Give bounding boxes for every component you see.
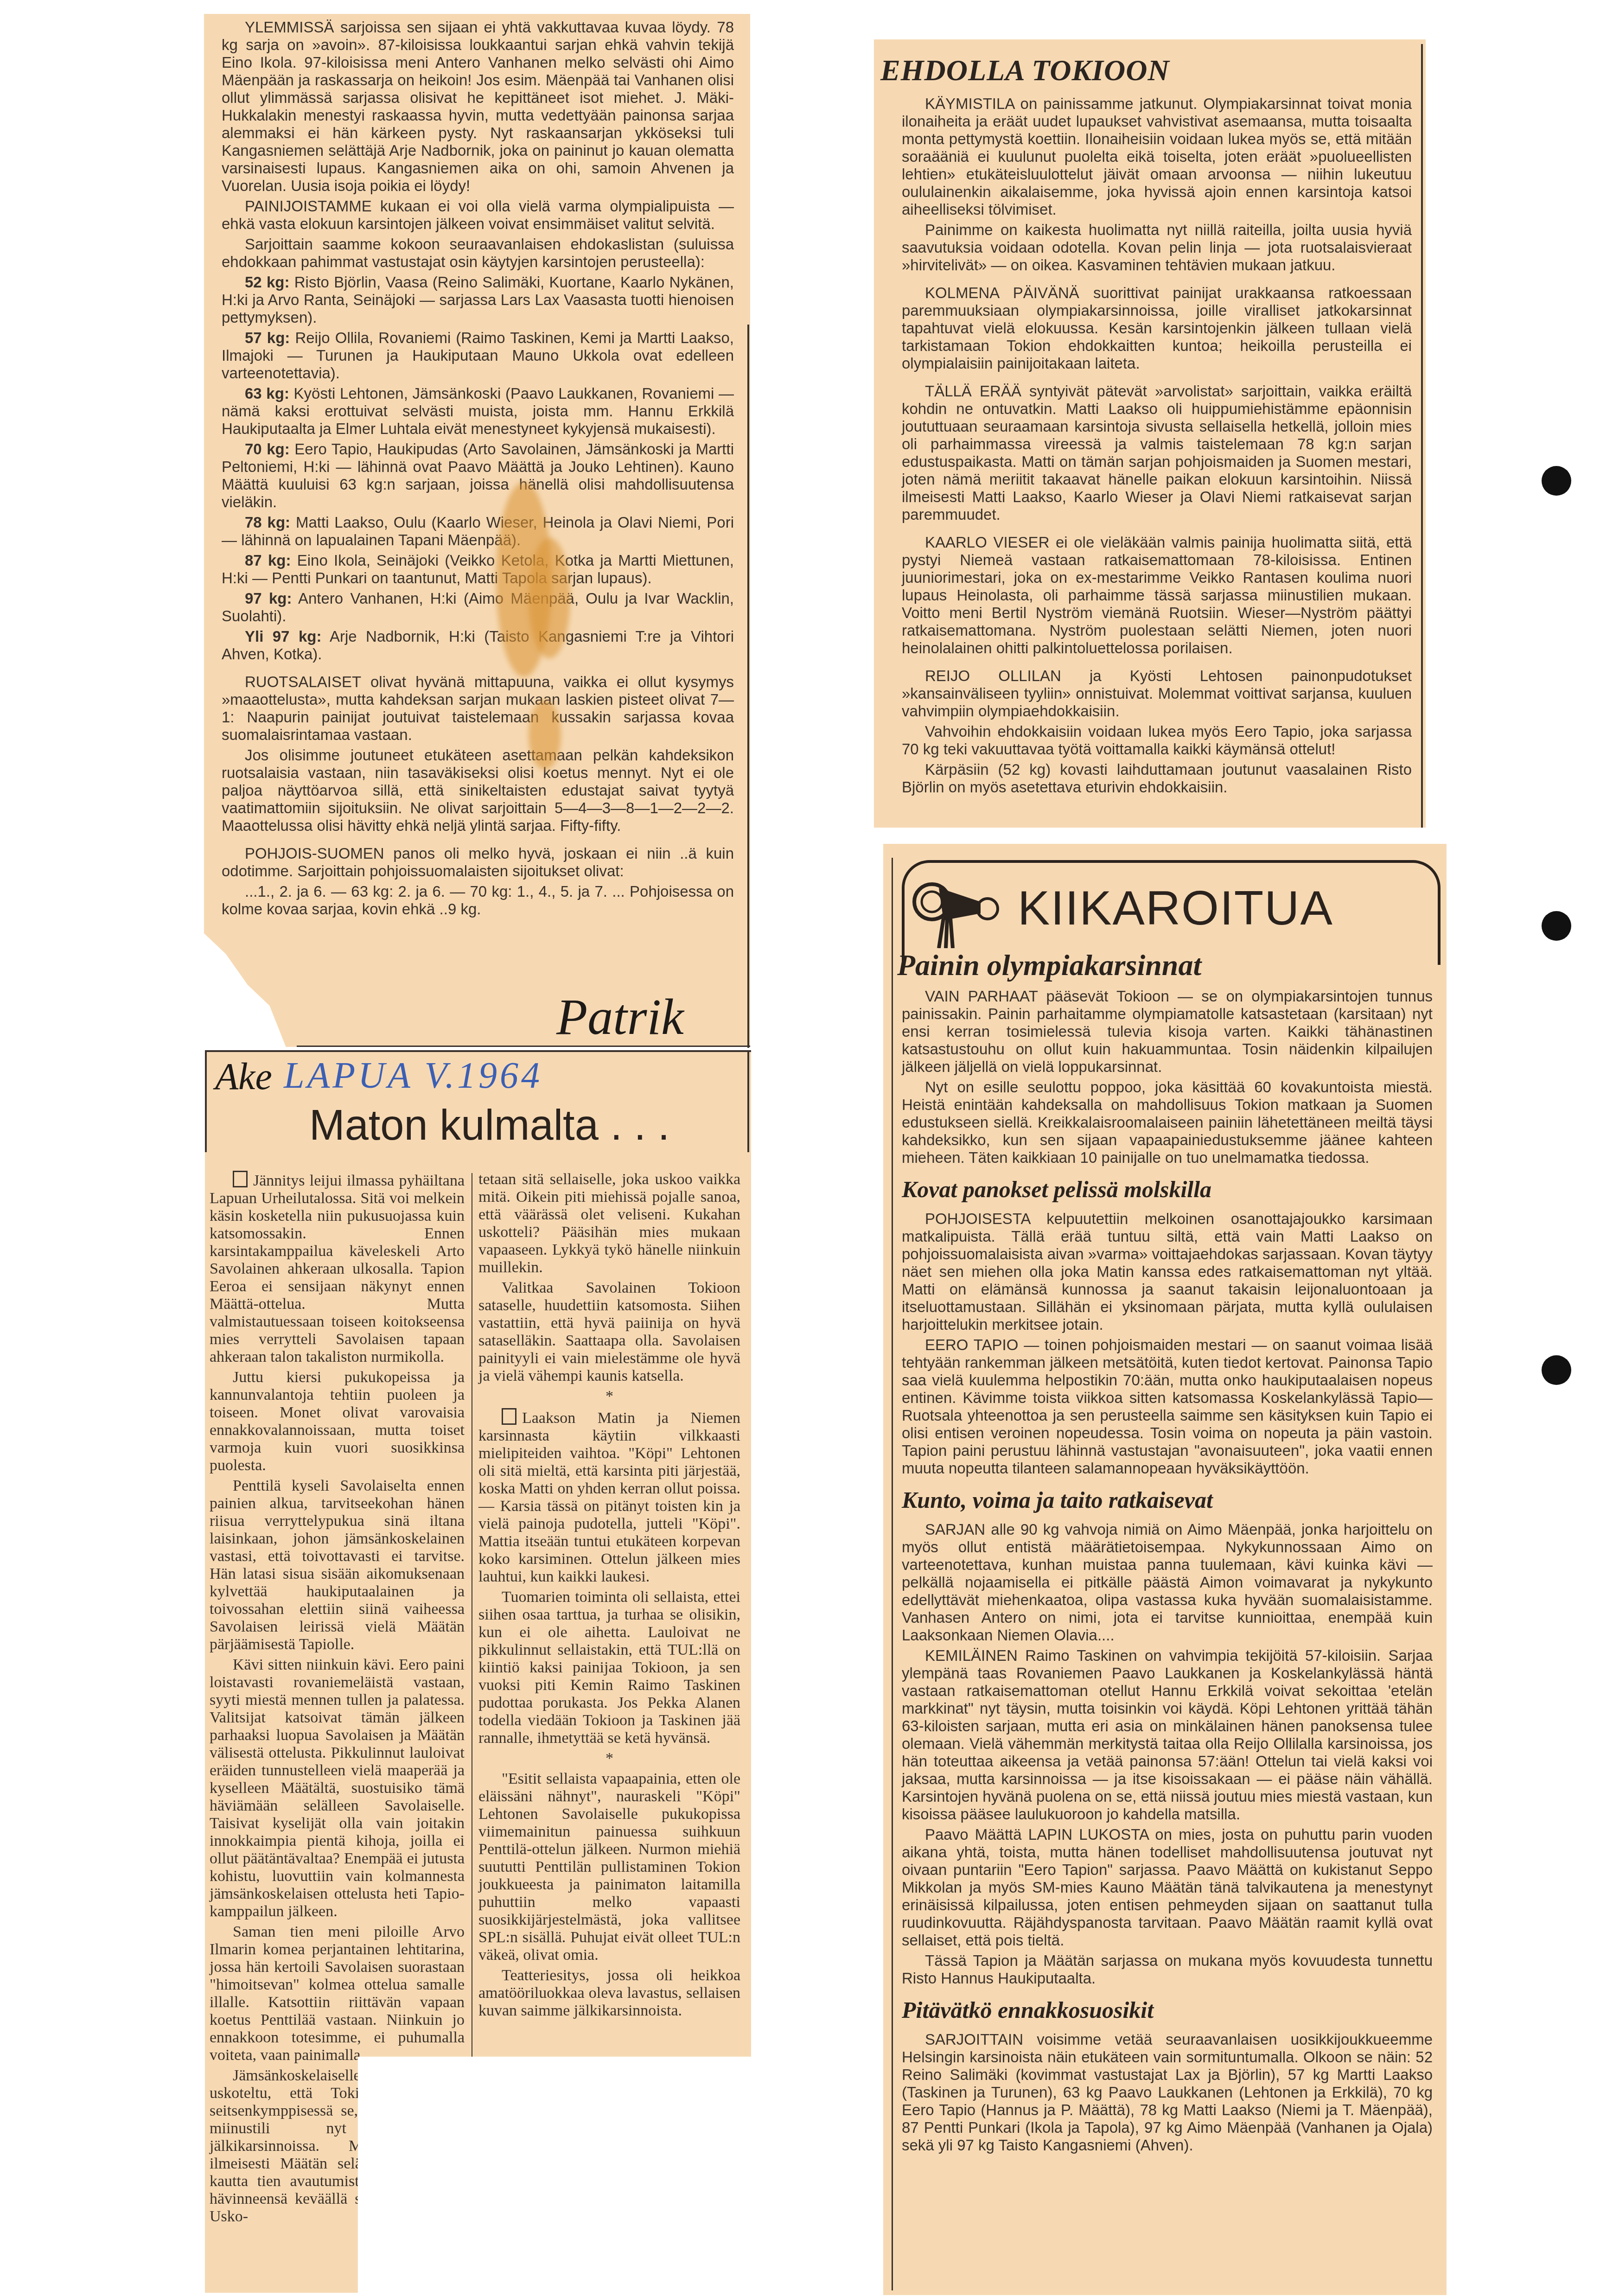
article-paragraph: Paavo Määttä LAPIN LUKOSTA on mies, jost… — [902, 1826, 1433, 1949]
article-paragraph: Kävi sitten niinkuin kävi. Eero paini lo… — [210, 1656, 465, 1920]
paragraph-lead: YLEMMISSÄ — [245, 19, 334, 36]
article-paragraph: KÄYMISTILA on painissamme jatkunut. Olym… — [902, 95, 1412, 218]
article-paragraph: Jos olisimme joutuneet etukäteen asettam… — [222, 746, 734, 835]
clipping-top-left-body: YLEMMISSÄ sarjoissa sen sijaan ei yhtä v… — [222, 19, 734, 921]
weight-class-entry: 87 kg: Eino Ikola, Seinäjoki (Veikko Ket… — [222, 552, 734, 587]
paragraph-text: Matti Laakso, Oulu (Kaarlo Wieser, Heino… — [222, 514, 734, 548]
paragraph-text: Teatteriesitys, jossa oli heikkoa amatöö… — [478, 1967, 740, 2019]
paragraph-text: Painimme on kaikesta huolimatta nyt niil… — [902, 221, 1412, 274]
binder-hole-top — [1542, 466, 1571, 496]
section-separator-star: * — [478, 1388, 740, 1405]
box-border-left — [205, 1050, 207, 1152]
weight-class-label: Yli 97 kg: — [245, 628, 321, 645]
article-paragraph: KOLMENA PÄIVÄNÄ suorittivat painijat ura… — [902, 284, 1412, 372]
article-paragraph: "Esitit sellaista vapaapainia, etten ole… — [478, 1770, 740, 1964]
article-paragraph: POHJOIS-SUOMEN panos oli melko hyvä, jos… — [222, 845, 734, 880]
article-paragraph: Valitkaa Savolainen Tokioon sataselle, h… — [478, 1279, 740, 1385]
paragraph-lead: TÄLLÄ ERÄÄ — [925, 383, 1021, 400]
paragraph-text: Jännitys leijui ilmassa pyhäiltana Lapua… — [210, 1172, 465, 1365]
article-paragraph: Teatteriesitys, jossa oli heikkoa amatöö… — [478, 1967, 740, 2020]
article-paragraph: Kärpäsiin (52 kg) kovasti laihduttamaan … — [902, 761, 1412, 796]
coffee-stain — [529, 538, 570, 658]
paragraph-text: Tuomarien toiminta oli sellaista, ettei … — [478, 1588, 740, 1747]
clipping-bottom-right-body: VAIN PARHAAT pääsevät Tokioon — se on ol… — [902, 988, 1433, 2157]
paragraph-text: Jämsänkoskelaiselle oli sellaistakin usk… — [210, 2067, 465, 2225]
paragraph-text: Reijo Ollila, Rovaniemi (Raimo Taskinen,… — [222, 329, 734, 382]
paragraph-lead: SARJAN — [925, 1521, 985, 1538]
article-paragraph: YLEMMISSÄ sarjoissa sen sijaan ei yhtä v… — [222, 19, 734, 195]
paragraph-text: Kyösti Lehtonen, Jämsänkoski (Paavo Lauk… — [222, 385, 734, 437]
section-subheading: Kunto, voima ja taito ratkaisevat — [902, 1491, 1433, 1509]
article-paragraph: Sarjoittain saamme kokoon seuraavanlaise… — [222, 236, 734, 271]
article-paragraph: Juttu kiersi pukukopeissa ja kannunvalan… — [210, 1369, 465, 1474]
paragraph-lead: KAARLO VIESER — [925, 534, 1049, 551]
paragraph-text: sarjoissa sen sijaan ei yhtä vakkuttavaa… — [222, 19, 734, 194]
section-subheading: Kovat panokset pelissä molskilla — [902, 1180, 1433, 1198]
clipping-bottom-left: Ake LAPUA V.1964 Maton kulmalta . . . Jä… — [205, 1050, 751, 2293]
clipping-top-right: EHDOLLA TOKIOON KÄYMISTILA on painissamm… — [874, 39, 1426, 828]
article-paragraph: Tuomarien toiminta oli sellaista, ettei … — [478, 1588, 740, 1747]
article-paragraph: Nyt on esille seulottu poppoo, joka käsi… — [902, 1078, 1433, 1167]
paragraph-text: Eero Tapio, Haukipudas (Arto Savolainen,… — [222, 440, 734, 510]
weight-class-entry: 97 kg: Antero Vanhanen, H:ki (Aimo Mäenp… — [222, 590, 734, 625]
square-bullet-icon — [233, 1171, 248, 1187]
paragraph-text: Vahvoihin ehdokkaisiin voidaan lukea myö… — [902, 723, 1412, 758]
weight-class-label: 70 kg: — [245, 440, 290, 458]
article-paragraph: Vahvoihin ehdokkaisiin voidaan lukea myö… — [902, 723, 1412, 758]
clipping-top-left: YLEMMISSÄ sarjoissa sen sijaan ei yhtä v… — [204, 14, 750, 1047]
clipping-border-left — [892, 858, 893, 2290]
article-paragraph: KEMILÄINEN Raimo Taskinen on vahvimpia t… — [902, 1647, 1433, 1823]
weight-class-entry: 52 kg: Risto Björlin, Vaasa (Reino Salim… — [222, 274, 734, 326]
clipping-border-right — [1421, 44, 1423, 828]
clipping-bottom-right: KIIKAROITUA Painin olympiakarsinnat VAIN… — [883, 844, 1447, 2295]
paragraph-lead: KOLMENA PÄIVÄNÄ — [925, 284, 1079, 301]
weight-class-label: 57 kg: — [245, 329, 290, 346]
binder-hole-bottom — [1542, 1355, 1571, 1385]
signature-patrik: Patrik — [556, 988, 684, 1046]
paragraph-text: ...1., 2. ja 6. — 63 kg: 2. ja 6. — 70 k… — [222, 883, 734, 918]
paragraph-text: Eino Ikola, Seinäjoki (Veikko Ketola, Ko… — [222, 552, 734, 587]
handwritten-date: LAPUA V.1964 — [284, 1055, 542, 1097]
weight-class-label: 97 kg: — [245, 590, 292, 607]
article-paragraph: REIJO OLLILAN ja Kyösti Lehtosen painonp… — [902, 667, 1412, 720]
paragraph-lead: POHJOIS-SUOMEN — [245, 845, 384, 862]
paragraph-text: Valitkaa Savolainen Tokioon sataselle, h… — [478, 1279, 740, 1384]
paragraph-lead: VAIN PARHAAT — [925, 988, 1038, 1005]
article-paragraph: SARJAN alle 90 kg vahvoja nimiä on Aimo … — [902, 1521, 1433, 1644]
paragraph-text: Antero Vanhanen, H:ki (Aimo Mäenpää, Oul… — [222, 590, 734, 625]
headline-painin-olympiakarsinnat: Painin olympiakarsinnat — [897, 948, 1201, 982]
paragraph-text: ei ole vieläkään valmis painija huolimat… — [902, 534, 1412, 657]
square-bullet-icon — [502, 1408, 516, 1425]
paragraph-text: Saman tien meni piloille Arvo Ilmarin ko… — [210, 1923, 465, 2064]
paragraph-text: on painissamme jatkunut. Olympiakarsinna… — [902, 95, 1412, 218]
weight-class-entry: 63 kg: Kyösti Lehtonen, Jämsänkoski (Paa… — [222, 385, 734, 438]
box-border-top — [205, 1050, 751, 1052]
section-separator-star: * — [478, 1750, 740, 1767]
paragraph-text: "Esitit sellaista vapaapainia, etten ole… — [478, 1770, 740, 1964]
article-paragraph: KAARLO VIESER ei ole vieläkään valmis pa… — [902, 534, 1412, 657]
paragraph-text: syntyivät pätevät »arvolistat» sarjoitta… — [902, 383, 1412, 523]
article-paragraph: Painimme on kaikesta huolimatta nyt niil… — [902, 221, 1412, 274]
clipping-border-right — [747, 325, 749, 1048]
handwritten-author: Ake — [215, 1055, 272, 1098]
weight-class-label: 78 kg: — [245, 514, 290, 531]
box-border-right — [747, 1050, 749, 1152]
paragraph-text: Tässä Tapion ja Määtän sarjassa on mukan… — [902, 1952, 1433, 1987]
paragraph-text: on mies, josta on puhuttu parin vuoden a… — [902, 1826, 1433, 1949]
weight-class-entry: Yli 97 kg: Arje Nadbornik, H:ki (Taisto … — [222, 628, 734, 663]
article-paragraph: PAINIJOISTAMME kukaan ei voi olla vielä … — [222, 198, 734, 233]
binoculars-man-icon — [911, 869, 1013, 948]
article-paragraph: VAIN PARHAAT pääsevät Tokioon — se on ol… — [902, 988, 1433, 1076]
weight-class-entry: 70 kg: Eero Tapio, Haukipudas (Arto Savo… — [222, 440, 734, 511]
paragraph-text: kelpuutettiin melkoinen osanottajajoukko… — [902, 1210, 1433, 1333]
headline-ehdolla-tokioon: EHDOLLA TOKIOON — [880, 53, 1170, 88]
article-paragraph: POHJOISESTA kelpuutettiin melkoinen osan… — [902, 1210, 1433, 1333]
paragraph-lead: REIJO OLLILAN — [925, 667, 1061, 684]
coffee-stain — [529, 700, 561, 770]
paragraph-lead: RUOTSALAISET — [245, 673, 361, 690]
paragraph-text: Kävi sitten niinkuin kävi. Eero paini lo… — [210, 1656, 465, 1920]
article-paragraph: RUOTSALAISET olivat hyvänä mittapuuna, v… — [222, 673, 734, 744]
paragraph-text: Sarjoittain saamme kokoon seuraavanlaise… — [222, 236, 734, 270]
paragraph-text: Juttu kiersi pukukopeissa ja kannunvalan… — [210, 1369, 465, 1474]
article-paragraph: SARJOITTAIN voisimme vetää seuraavanlais… — [902, 2031, 1433, 2154]
article-paragraph: Laakson Matin ja Niemen karsinnasta käyt… — [478, 1408, 740, 1586]
paragraph-text: tetaan sitä sellaiselle, joka uskoo vaik… — [478, 1171, 740, 1276]
paragraph-lead: Paavo Määttä LAPIN LUKOSTA — [925, 1826, 1148, 1843]
binder-hole-middle — [1542, 911, 1571, 941]
article-paragraph: Penttilä kyseli Savolaiselta ennen paini… — [210, 1477, 465, 1653]
section-subheading: Pitävätkö ennakkosuosikit — [902, 2001, 1433, 2019]
paragraph-lead: POHJOISESTA — [925, 1210, 1030, 1227]
paragraph-text: Raimo Taskinen on vahvimpia tekijöitä 57… — [902, 1647, 1433, 1823]
article-paragraph: ...1., 2. ja 6. — 63 kg: 2. ja 6. — 70 k… — [222, 883, 734, 918]
paragraph-text: Risto Björlin, Vaasa (Reino Salimäki, Ku… — [222, 274, 734, 326]
article-paragraph: Jämsänkoskelaiselle oli sellaistakin usk… — [210, 2067, 465, 2226]
weight-class-label: 63 kg: — [245, 385, 289, 402]
article-paragraph: EERO TAPIO — toinen pohjoismaiden mestar… — [902, 1336, 1433, 1477]
paragraph-lead: SARJOITTAIN — [925, 2031, 1023, 2048]
article-paragraph: TÄLLÄ ERÄÄ syntyivät pätevät »arvolistat… — [902, 383, 1412, 523]
paragraph-lead: KEMILÄINEN — [925, 1647, 1018, 1664]
weight-class-entry: 78 kg: Matti Laakso, Oulu (Kaarlo Wieser… — [222, 514, 734, 549]
paragraph-text: alle 90 kg vahvoja nimiä on Aimo Mäenpää… — [902, 1521, 1433, 1644]
paragraph-text: Jos olisimme joutuneet etukäteen asettam… — [222, 746, 734, 834]
weight-class-label: 87 kg: — [245, 552, 291, 569]
paragraph-text: Kärpäsiin (52 kg) kovasti laihduttamaan … — [902, 761, 1412, 796]
weight-class-entry: 57 kg: Reijo Ollila, Rovaniemi (Raimo Ta… — [222, 329, 734, 382]
headline-maton-kulmalta: Maton kulmalta . . . — [309, 1101, 669, 1150]
article-paragraph: Jännitys leijui ilmassa pyhäiltana Lapua… — [210, 1171, 465, 1366]
paragraph-text: Penttilä kyseli Savolaiselta ennen paini… — [210, 1477, 465, 1653]
article-paragraph: Saman tien meni piloille Arvo Ilmarin ko… — [210, 1923, 465, 2064]
column-1: Jännitys leijui ilmassa pyhäiltana Lapua… — [210, 1171, 465, 2228]
paragraph-text: Laakson Matin ja Niemen karsinnasta käyt… — [478, 1409, 740, 1585]
paragraph-text: — toinen pohjoismaiden mestari — on saan… — [902, 1336, 1433, 1477]
clipping-divider — [297, 1046, 750, 1047]
paragraph-lead: KÄYMISTILA — [925, 95, 1014, 112]
kiikaroitua-banner-title: KIIKAROITUA — [1018, 881, 1333, 936]
article-paragraph: Tässä Tapion ja Määtän sarjassa on mukan… — [902, 1952, 1433, 1987]
paragraph-text: Nyt on esille seulottu poppoo, joka käsi… — [902, 1078, 1433, 1166]
clipping-top-right-body: KÄYMISTILA on painissamme jatkunut. Olym… — [902, 95, 1412, 799]
article-paragraph: tetaan sitä sellaiselle, joka uskoo vaik… — [478, 1171, 740, 1276]
paragraph-lead: PAINIJOISTAMME — [245, 198, 372, 215]
weight-class-label: 52 kg: — [245, 274, 290, 291]
paragraph-lead: EERO TAPIO — [925, 1336, 1018, 1353]
paragraph-text: voisimme vetää seuraavanlaisen uosikkijo… — [902, 2031, 1433, 2154]
column-divider — [472, 1173, 472, 2281]
column-2: tetaan sitä sellaiselle, joka uskoo vaik… — [478, 1171, 740, 2022]
